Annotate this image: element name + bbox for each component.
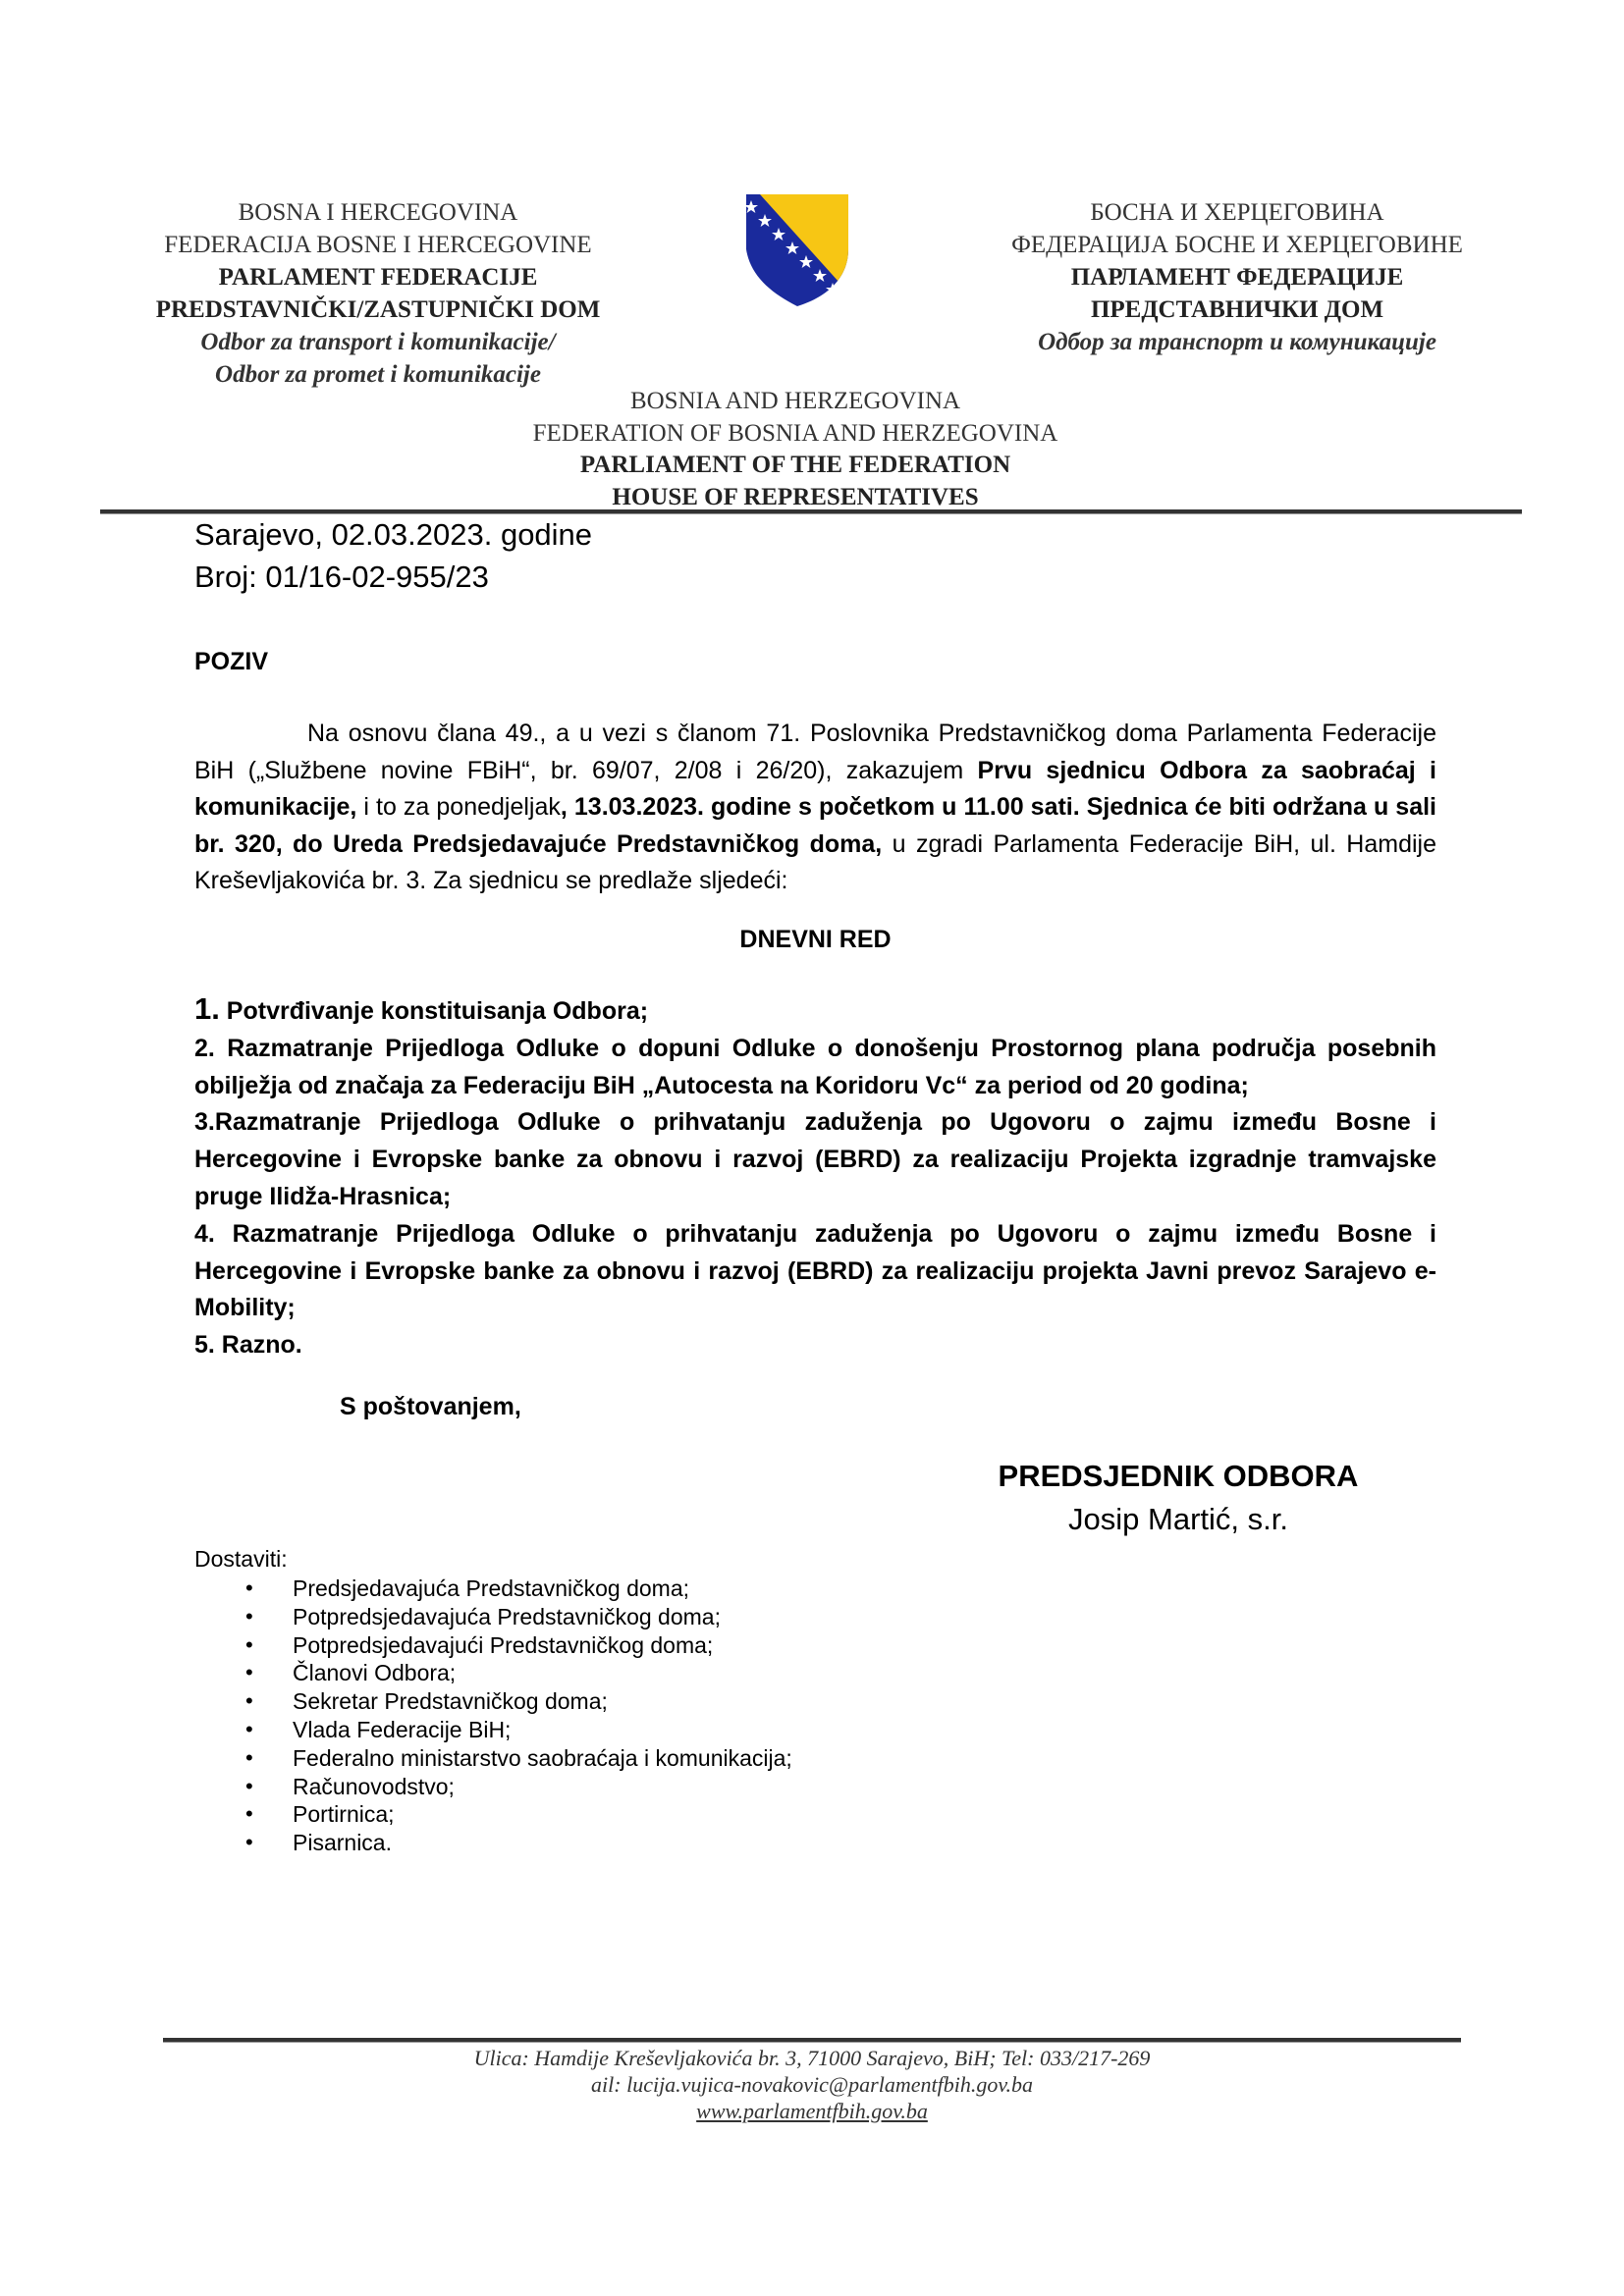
list-item-text: Portirnica; [293,1801,395,1827]
footer-email[interactable]: ail: lucija.vujica-novakovic@parlamentfb… [163,2071,1461,2098]
list-item: •Vlada Federacije BiH; [194,1716,792,1744]
document-title: POZIV [194,648,268,676]
agenda-item-text: Potvrđivanje konstituisanja Odbora; [220,997,648,1025]
agenda-item-number: 3. [194,1108,215,1136]
header-left-parliament: PARLAMENT FEDERACIJE [118,261,638,294]
list-item: •Računovodstvo; [194,1773,792,1801]
header-center-parliament: PARLIAMENT OF THE FEDERATION [393,450,1198,482]
bullet-icon: • [245,1773,253,1801]
header-center-federation: FEDERATION OF BOSNIA AND HERZEGOVINA [393,418,1198,451]
agenda-item-number: 2. [194,1035,215,1062]
header-left-block: BOSNA I HERCEGOVINA FEDERACIJA BOSNE I H… [118,196,638,391]
distribution-list: •Predsjedavajuća Predstavničkog doma; •P… [194,1575,792,1857]
bullet-icon: • [245,1716,253,1744]
list-item-text: Predsjedavajuća Predstavničkog doma; [293,1575,689,1601]
list-item: •Potpredsjedavajući Predstavničkog doma; [194,1631,792,1660]
agenda-item: 3.Razmatranje Prijedloga Odluke o prihva… [194,1104,1436,1215]
list-item: •Portirnica; [194,1800,792,1829]
header-center-country: BOSNIA AND HERZEGOVINA [393,386,1198,418]
list-item-text: Sekretar Predstavničkog doma; [293,1688,608,1714]
closing-salutation: S poštovanjem, [340,1393,521,1421]
agenda-item: 4. Razmatranje Prijedloga Odluke o prihv… [194,1216,1436,1327]
list-item: •Potpredsjedavajuća Predstavničkog doma; [194,1603,792,1631]
header-right-block: БОСНА И ХЕРЦЕГОВИНА ФЕДЕРАЦИЈА БОСНЕ И Х… [943,196,1532,358]
agenda-list: 1. Potvrđivanje konstituisanja Odbora; 2… [194,990,1436,1364]
agenda-item-text: Razno. [215,1331,302,1359]
coat-of-arms-icon [738,190,856,308]
header-right-parliament: ПАРЛАМЕНТ ФЕДЕРАЦИЈЕ [943,261,1532,294]
header-left-house: PREDSTAVNIČKI/ZASTUPNIČKI DOM [118,294,638,326]
header-right-federation: ФЕДЕРАЦИЈА БОСНЕ И ХЕРЦЕГОВИНЕ [943,229,1532,261]
agenda-item: 1. Potvrđivanje konstituisanja Odbora; [194,990,1436,1031]
footer: Ulica: Hamdije Kreševljakovića br. 3, 71… [163,2045,1461,2124]
list-item-text: Federalno ministarstvo saobraćaja i komu… [293,1745,792,1771]
header-right-committee: Одбор за транспорт и комуникације [943,326,1532,358]
list-item: •Predsjedavajuća Predstavničkog doma; [194,1575,792,1603]
list-item-text: Potpredsjedavajuća Predstavničkog doma; [293,1604,721,1629]
list-item-text: Računovodstvo; [293,1774,455,1799]
footer-address: Ulica: Hamdije Kreševljakovića br. 3, 71… [163,2045,1461,2071]
list-item-text: Vlada Federacije BiH; [293,1717,511,1742]
header-left-committee-1: Odbor za transport i komunikacije/ [118,326,638,358]
header-left-country: BOSNA I HERCEGOVINA [118,196,638,229]
header-right-country: БОСНА И ХЕРЦЕГОВИНА [943,196,1532,229]
list-item: •Članovi Odbora; [194,1659,792,1687]
agenda-item-text: Razmatranje Prijedloga Odluke o prihvata… [194,1108,1436,1210]
bullet-icon: • [245,1829,253,1857]
agenda-item-text: Razmatranje Prijedloga Odluke o prihvata… [194,1220,1436,1322]
agenda-item-text: Razmatranje Prijedloga Odluke o dopuni O… [194,1035,1436,1099]
intro-text-2: i to za ponedjeljak [356,793,561,821]
list-item-text: Članovi Odbora; [293,1660,456,1685]
signature-title: PREDSJEDNIK ODBORA [933,1459,1424,1494]
footer-divider [163,2038,1461,2043]
list-item: •Sekretar Predstavničkog doma; [194,1687,792,1716]
bullet-icon: • [245,1659,253,1687]
agenda-title: DNEVNI RED [194,926,1436,954]
agenda-item-number: 4. [194,1220,215,1248]
header-divider [100,509,1522,514]
signature-name: Josip Martić, s.r. [933,1502,1424,1537]
footer-website-link[interactable]: www.parlamentfbih.gov.ba [163,2098,1461,2124]
bullet-icon: • [245,1687,253,1716]
header-left-federation: FEDERACIJA BOSNE I HERCEGOVINE [118,229,638,261]
bullet-icon: • [245,1575,253,1603]
agenda-item: 2. Razmatranje Prijedloga Odluke o dopun… [194,1031,1436,1105]
bullet-icon: • [245,1603,253,1631]
distribution-label: Dostaviti: [194,1546,288,1573]
agenda-item-number: 5. [194,1331,215,1359]
header-center-block: BOSNIA AND HERZEGOVINA FEDERATION OF BOS… [393,386,1198,513]
bullet-icon: • [245,1800,253,1829]
bullet-icon: • [245,1744,253,1773]
header-right-house: ПРЕДСТАВНИЧКИ ДОМ [943,294,1532,326]
agenda-item: 5. Razno. [194,1327,1436,1364]
intro-paragraph: Na osnovu člana 49., a u vezi s članom 7… [194,716,1436,900]
document-number: Broj: 01/16-02-955/23 [194,560,489,595]
list-item-text: Pisarnica. [293,1830,392,1855]
list-item: •Federalno ministarstvo saobraćaja i kom… [194,1744,792,1773]
list-item: •Pisarnica. [194,1829,792,1857]
bullet-icon: • [245,1631,253,1660]
document-date: Sarajevo, 02.03.2023. godine [194,517,592,553]
agenda-item-number: 1. [194,991,220,1026]
list-item-text: Potpredsjedavajući Predstavničkog doma; [293,1632,713,1658]
